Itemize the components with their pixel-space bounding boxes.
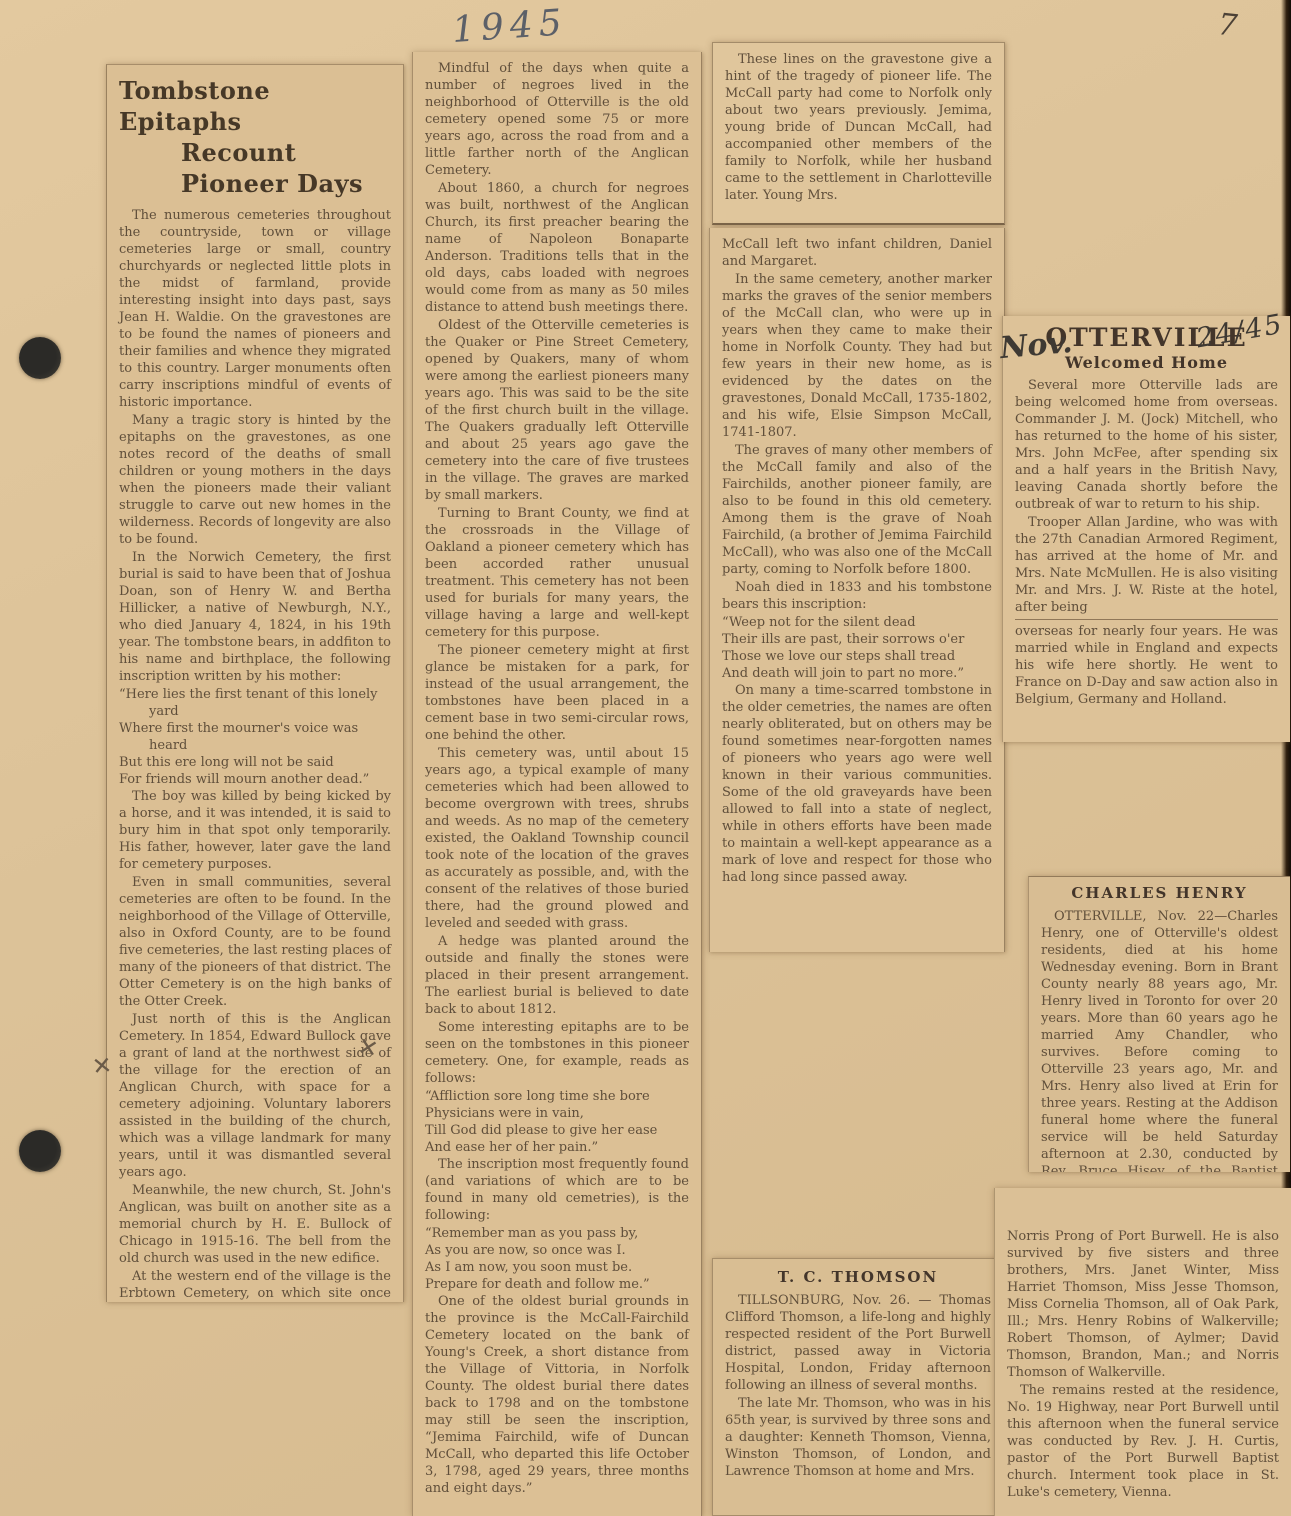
verse-line: Physicians were in vain, bbox=[425, 1105, 689, 1122]
charles-henry-headline: CHARLES HENRY bbox=[1041, 883, 1278, 903]
verse-line: And death will join to part no more.” bbox=[722, 665, 992, 682]
epitaph-verse: “Remember man as you pass by, As you are… bbox=[425, 1225, 689, 1293]
paragraph: The late Mr. Thomson, who was in his 65t… bbox=[725, 1395, 991, 1480]
epitaph-verse: “Weep not for the silent dead Their ills… bbox=[722, 614, 992, 682]
paragraph: The graves of many other members of the … bbox=[722, 442, 992, 578]
paragraph: Many a tragic story is hinted by the epi… bbox=[119, 412, 391, 548]
article-title: Tombstone Epitaphs Recount Pioneer Days bbox=[119, 75, 391, 199]
verse-line: Those we love our steps shall tread bbox=[722, 648, 992, 665]
clipping-thomson-continued: Norris Prong of Port Burwell. He is also… bbox=[994, 1188, 1291, 1516]
clipping-tombstone-epitaphs: Tombstone Epitaphs Recount Pioneer Days … bbox=[106, 64, 404, 1302]
paragraph: The inscription most frequently found (a… bbox=[425, 1156, 689, 1224]
verse-line: For friends will mourn another dead.” bbox=[119, 771, 391, 788]
paragraph: Even in small communities, several cemet… bbox=[119, 874, 391, 1010]
paragraph: Norris Prong of Port Burwell. He is also… bbox=[1007, 1228, 1279, 1381]
clipping-otterville-welcomed-home: OTTERVILLE Welcomed Home Several more Ot… bbox=[1002, 316, 1290, 742]
paragraph: OTTERVILLE, Nov. 22—Charles Henry, one o… bbox=[1041, 908, 1278, 1172]
pencil-x-mark: ✕ bbox=[91, 1051, 114, 1081]
clipping-mccall-fragment: These lines on the gravestone give a hin… bbox=[712, 42, 1005, 225]
punch-hole-top bbox=[19, 337, 61, 379]
paragraph: The pioneer cemetery might at first glan… bbox=[425, 642, 689, 744]
clipping-tombstone-epitaphs-continued: Mindful of the days when quite a number … bbox=[412, 52, 702, 1516]
paragraph: Some interesting epitaphs are to be seen… bbox=[425, 1019, 689, 1087]
paragraph: Mindful of the days when quite a number … bbox=[425, 60, 689, 179]
paragraph: The numerous cemeteries throughout the c… bbox=[119, 207, 391, 411]
punch-hole-bottom bbox=[19, 1130, 61, 1172]
verse-line: Till God did please to give her ease bbox=[425, 1122, 689, 1139]
paragraph: Just north of this is the Anglican Cemet… bbox=[119, 1011, 391, 1181]
clipping-tc-thomson-obituary: T. C. THOMSON TILLSONBURG, Nov. 26. — Th… bbox=[712, 1258, 1004, 1516]
handwritten-month-note: Nov. bbox=[999, 325, 1074, 366]
paragraph: On many a time-scarred tombstone in the … bbox=[722, 682, 992, 886]
paragraph: The remains rested at the residence, No.… bbox=[1007, 1382, 1279, 1501]
paragraph: At the western end of the village is the… bbox=[119, 1268, 391, 1302]
thomson-headline: T. C. THOMSON bbox=[725, 1267, 991, 1287]
article-title-line1: Tombstone Epitaphs bbox=[119, 76, 270, 136]
verse-line: As you are now, so once was I. bbox=[425, 1242, 689, 1259]
verse-line: As I am now, you soon must be. bbox=[425, 1259, 689, 1276]
verse-line: “Weep not for the silent dead bbox=[722, 614, 992, 631]
paragraph: This cemetery was, until about 15 years … bbox=[425, 745, 689, 932]
paragraph: In the Norwich Cemetery, the first buria… bbox=[119, 549, 391, 685]
verse-line: Their ills are past, their sorrows o'er bbox=[722, 631, 992, 648]
paragraph: Several more Otterville lads are being w… bbox=[1015, 377, 1278, 513]
epitaph-verse: “Here lies the first tenant of this lone… bbox=[119, 686, 391, 788]
verse-line: “Affliction sore long time she bore bbox=[425, 1088, 689, 1105]
verse-line: Where first the mourner's voice was hear… bbox=[119, 720, 391, 754]
paragraph: A hedge was planted around the outside a… bbox=[425, 933, 689, 1018]
handwritten-page-number: 7 bbox=[1216, 7, 1239, 44]
handwritten-year: 1945 bbox=[451, 2, 569, 51]
verse-line: But this ere long will not be said bbox=[119, 754, 391, 771]
paragraph: The boy was killed by being kicked by a … bbox=[119, 788, 391, 873]
paragraph: overseas for nearly four years. He was m… bbox=[1015, 623, 1278, 708]
clipping-mccall-continued: McCall left two infant children, Daniel … bbox=[709, 228, 1005, 952]
paragraph: Meanwhile, the new church, St. John's An… bbox=[119, 1182, 391, 1267]
verse-line: “Remember man as you pass by, bbox=[425, 1225, 689, 1242]
verse-line: “Here lies the first tenant of this lone… bbox=[119, 686, 391, 720]
paragraph: These lines on the gravestone give a hin… bbox=[725, 51, 992, 204]
clipping-charles-henry-obituary: CHARLES HENRY OTTERVILLE, Nov. 22—Charle… bbox=[1028, 876, 1290, 1172]
paragraph: Turning to Brant County, we find at the … bbox=[425, 505, 689, 641]
paragraph: About 1860, a church for negroes was bui… bbox=[425, 180, 689, 316]
epitaph-verse: “Affliction sore long time she bore Phys… bbox=[425, 1088, 689, 1156]
paragraph: Noah died in 1833 and his tombstone bear… bbox=[722, 579, 992, 613]
verse-line: Prepare for death and follow me.” bbox=[425, 1276, 689, 1293]
verse-line: And ease her of her pain.” bbox=[425, 1139, 689, 1156]
paragraph: McCall left two infant children, Daniel … bbox=[722, 236, 992, 270]
paragraph: In the same cemetery, another marker mar… bbox=[722, 271, 992, 441]
paragraph: Trooper Allan Jardine, who was with the … bbox=[1015, 514, 1278, 620]
paragraph: One of the oldest burial grounds in the … bbox=[425, 1293, 689, 1497]
paragraph: Oldest of the Otterville cemeteries is t… bbox=[425, 317, 689, 504]
paragraph: TILLSONBURG, Nov. 26. — Thomas Clifford … bbox=[725, 1292, 991, 1394]
article-title-line2: Recount Pioneer Days bbox=[119, 137, 391, 199]
